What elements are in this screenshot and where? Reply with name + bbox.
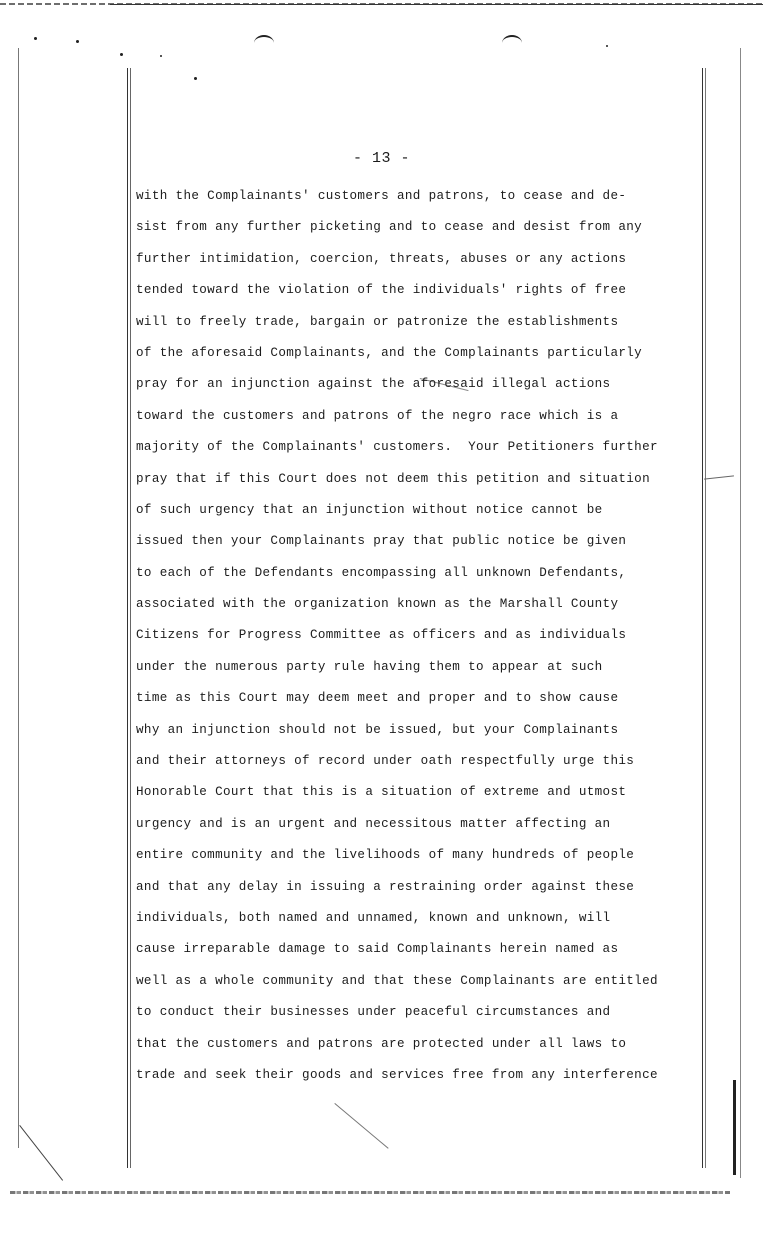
left-margin-rule <box>127 68 128 1168</box>
right-edge-shadow <box>733 1080 736 1175</box>
text-line: to conduct their businesses under peacef… <box>136 997 706 1028</box>
scan-speck <box>34 37 37 40</box>
scan-speck <box>194 77 197 80</box>
bottom-scan-edge <box>10 1191 730 1194</box>
top-scan-edge-line <box>110 4 763 5</box>
text-line: to each of the Defendants encompassing a… <box>136 558 706 589</box>
left-margin-rule-double <box>130 68 131 1168</box>
text-line: with the Complainants' customers and pat… <box>136 181 706 212</box>
scan-speck <box>606 45 608 47</box>
text-line: and that any delay in issuing a restrain… <box>136 872 706 903</box>
page-number-text: - 13 - <box>353 150 410 167</box>
right-outer-margin-line <box>740 48 741 1178</box>
text-line: time as this Court may deem meet and pro… <box>136 683 706 714</box>
text-line: urgency and is an urgent and necessitous… <box>136 809 706 840</box>
text-line: individuals, both named and unnamed, kno… <box>136 903 706 934</box>
text-line: cause irreparable damage to said Complai… <box>136 934 706 965</box>
text-line: that the customers and patrons are prote… <box>136 1029 706 1060</box>
text-line: issued then your Complainants pray that … <box>136 526 706 557</box>
text-line: under the numerous party rule having the… <box>136 652 706 683</box>
text-line: why an injunction should not be issued, … <box>136 715 706 746</box>
text-line: trade and seek their goods and services … <box>136 1060 706 1091</box>
text-line: further intimidation, coercion, threats,… <box>136 244 706 275</box>
page-number: - 13 - <box>0 150 763 167</box>
text-line: Honorable Court that this is a situation… <box>136 777 706 808</box>
text-line: pray that if this Court does not deem th… <box>136 464 706 495</box>
text-line: sist from any further picketing and to c… <box>136 212 706 243</box>
text-line: of such urgency that an injunction witho… <box>136 495 706 526</box>
scan-speck <box>76 40 79 43</box>
text-line: will to freely trade, bargain or patroni… <box>136 307 706 338</box>
document-body: with the Complainants' customers and pat… <box>136 181 706 1091</box>
margin-mark <box>704 475 734 479</box>
text-line: pray for an injunction against the afore… <box>136 369 706 400</box>
scan-artifact-line <box>334 1103 388 1149</box>
text-line: toward the customers and patrons of the … <box>136 401 706 432</box>
text-line: tended toward the violation of the indiv… <box>136 275 706 306</box>
left-outer-margin-line <box>18 48 19 1148</box>
text-line: Citizens for Progress Committee as offic… <box>136 620 706 651</box>
scan-artifact-line <box>19 1125 63 1181</box>
scan-speck <box>160 55 162 57</box>
text-line: majority of the Complainants' customers.… <box>136 432 706 463</box>
scan-speck <box>120 53 123 56</box>
binder-hole-right-icon <box>502 35 522 51</box>
text-line: of the aforesaid Complainants, and the C… <box>136 338 706 369</box>
text-line: associated with the organization known a… <box>136 589 706 620</box>
text-line: well as a whole community and that these… <box>136 966 706 997</box>
text-line: and their attorneys of record under oath… <box>136 746 706 777</box>
text-line: entire community and the livelihoods of … <box>136 840 706 871</box>
binder-hole-left-icon <box>254 35 274 51</box>
